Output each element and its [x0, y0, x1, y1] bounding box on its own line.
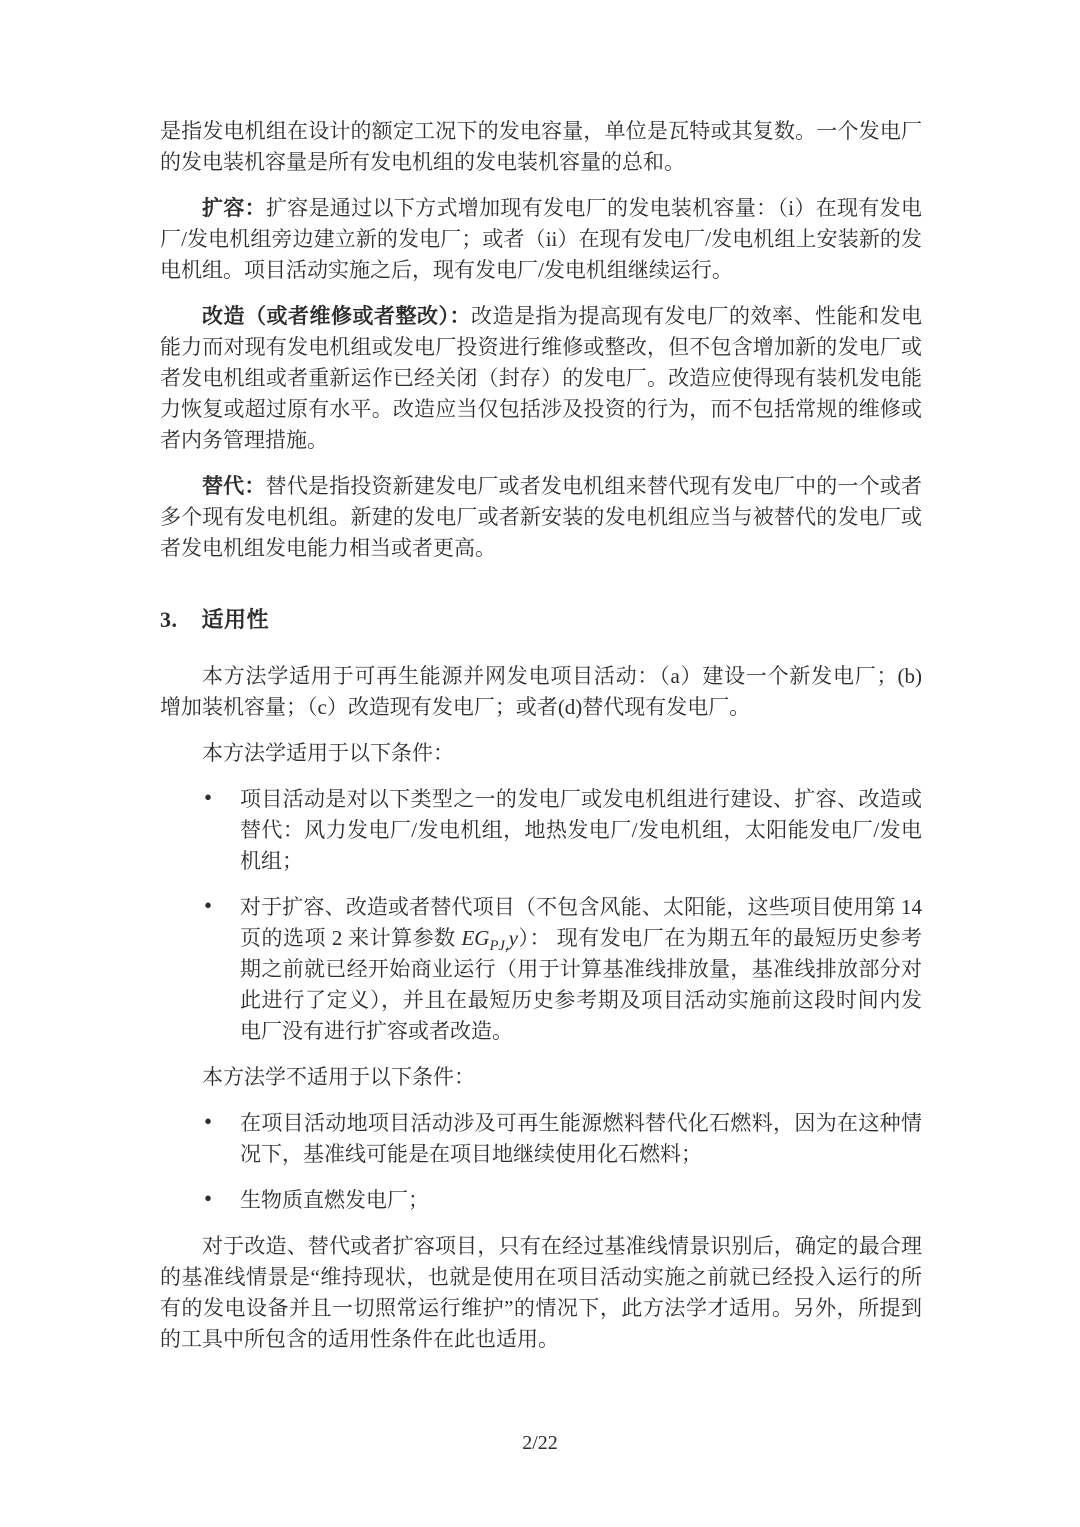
- list-item: •项目活动是对以下类型之一的发电厂或发电机组进行建设、扩容、改造或替代：风力发电…: [160, 784, 922, 877]
- page-number: 2/22: [522, 1432, 558, 1454]
- apply-condition-text-1: 项目活动是对以下类型之一的发电厂或发电机组进行建设、扩容、改造或替代：风力发电厂…: [240, 787, 922, 873]
- bullet-icon: •: [204, 1183, 212, 1214]
- document-page: 是指发电机组在设计的额定工况下的发电容量，单位是瓦特或其复数。一个发电厂的发电装…: [0, 0, 1080, 1527]
- conditions-apply-intro: 本方法学适用于以下条件：: [160, 738, 922, 769]
- conditions-not-apply-intro: 本方法学不适用于以下条件：: [160, 1062, 922, 1093]
- closing-paragraph: 对于改造、替代或者扩容项目，只有在经过基准线情景识别后，确定的最合理的基准线情景…: [160, 1231, 922, 1355]
- formula-base: EG: [461, 926, 489, 950]
- bullet-icon: •: [204, 890, 212, 921]
- bullet-icon: •: [204, 782, 212, 813]
- continuation-paragraph: 是指发电机组在设计的额定工况下的发电容量，单位是瓦特或其复数。一个发电厂的发电装…: [160, 116, 922, 178]
- not-apply-condition-text-1: 在项目活动地项目活动涉及可再生能源燃料替代化石燃料，因为在这种情况下，基准线可能…: [240, 1111, 922, 1166]
- definition-term-expansion: 扩容：: [202, 196, 266, 220]
- section-title: 适用性: [202, 607, 270, 632]
- applicability-paragraph: 本方法学适用于可再生能源并网发电项目活动：（a）建设一个新发电厂；(b) 增加装…: [160, 661, 922, 723]
- formula-variable: y: [509, 926, 518, 950]
- not-apply-condition-text-2: 生物质直燃发电厂；: [240, 1188, 429, 1212]
- definition-term-replacement: 替代：: [202, 474, 266, 498]
- definition-paragraph-replacement: 替代：替代是指投资新建发电厂或者发电机组来替代现有发电厂中的一个或者多个现有发电…: [160, 471, 922, 564]
- page-footer: 2/22: [0, 1432, 1080, 1455]
- list-item: •在项目活动地项目活动涉及可再生能源燃料替代化石燃料，因为在这种情况下，基准线可…: [160, 1108, 922, 1170]
- formula-eg-pjy: EGPJ,y: [461, 926, 518, 950]
- document-content: 是指发电机组在设计的额定工况下的发电容量，单位是瓦特或其复数。一个发电厂的发电装…: [160, 116, 922, 1370]
- apply-conditions-list: •项目活动是对以下类型之一的发电厂或发电机组进行建设、扩容、改造或替代：风力发电…: [160, 784, 922, 1047]
- section-heading-applicability: 3.适用性: [160, 604, 922, 635]
- bullet-icon: •: [204, 1106, 212, 1137]
- section-number: 3.: [160, 604, 178, 635]
- definition-paragraph-retrofit: 改造（或者维修或者整改）：改造是指为提高现有发电厂的效率、性能和发电能力而对现有…: [160, 301, 922, 456]
- definition-text-expansion: 扩容是通过以下方式增加现有发电厂的发电装机容量：（i）在现有发电厂/发电机组旁边…: [160, 196, 922, 282]
- definition-term-retrofit: 改造（或者维修或者整改）：: [202, 304, 471, 328]
- not-apply-conditions-list: •在项目活动地项目活动涉及可再生能源燃料替代化石燃料，因为在这种情况下，基准线可…: [160, 1108, 922, 1216]
- definition-text-replacement: 替代是指投资新建发电厂或者发电机组来替代现有发电厂中的一个或者多个现有发电机组。…: [160, 474, 922, 560]
- definition-paragraph-expansion: 扩容：扩容是通过以下方式增加现有发电厂的发电装机容量：（i）在现有发电厂/发电机…: [160, 193, 922, 286]
- list-item: •对于扩容、改造或者替代项目（不包含风能、太阳能，这些项目使用第 14 页的选项…: [160, 892, 922, 1047]
- formula-subscript: PJ,: [489, 938, 508, 954]
- list-item: •生物质直燃发电厂；: [160, 1185, 922, 1216]
